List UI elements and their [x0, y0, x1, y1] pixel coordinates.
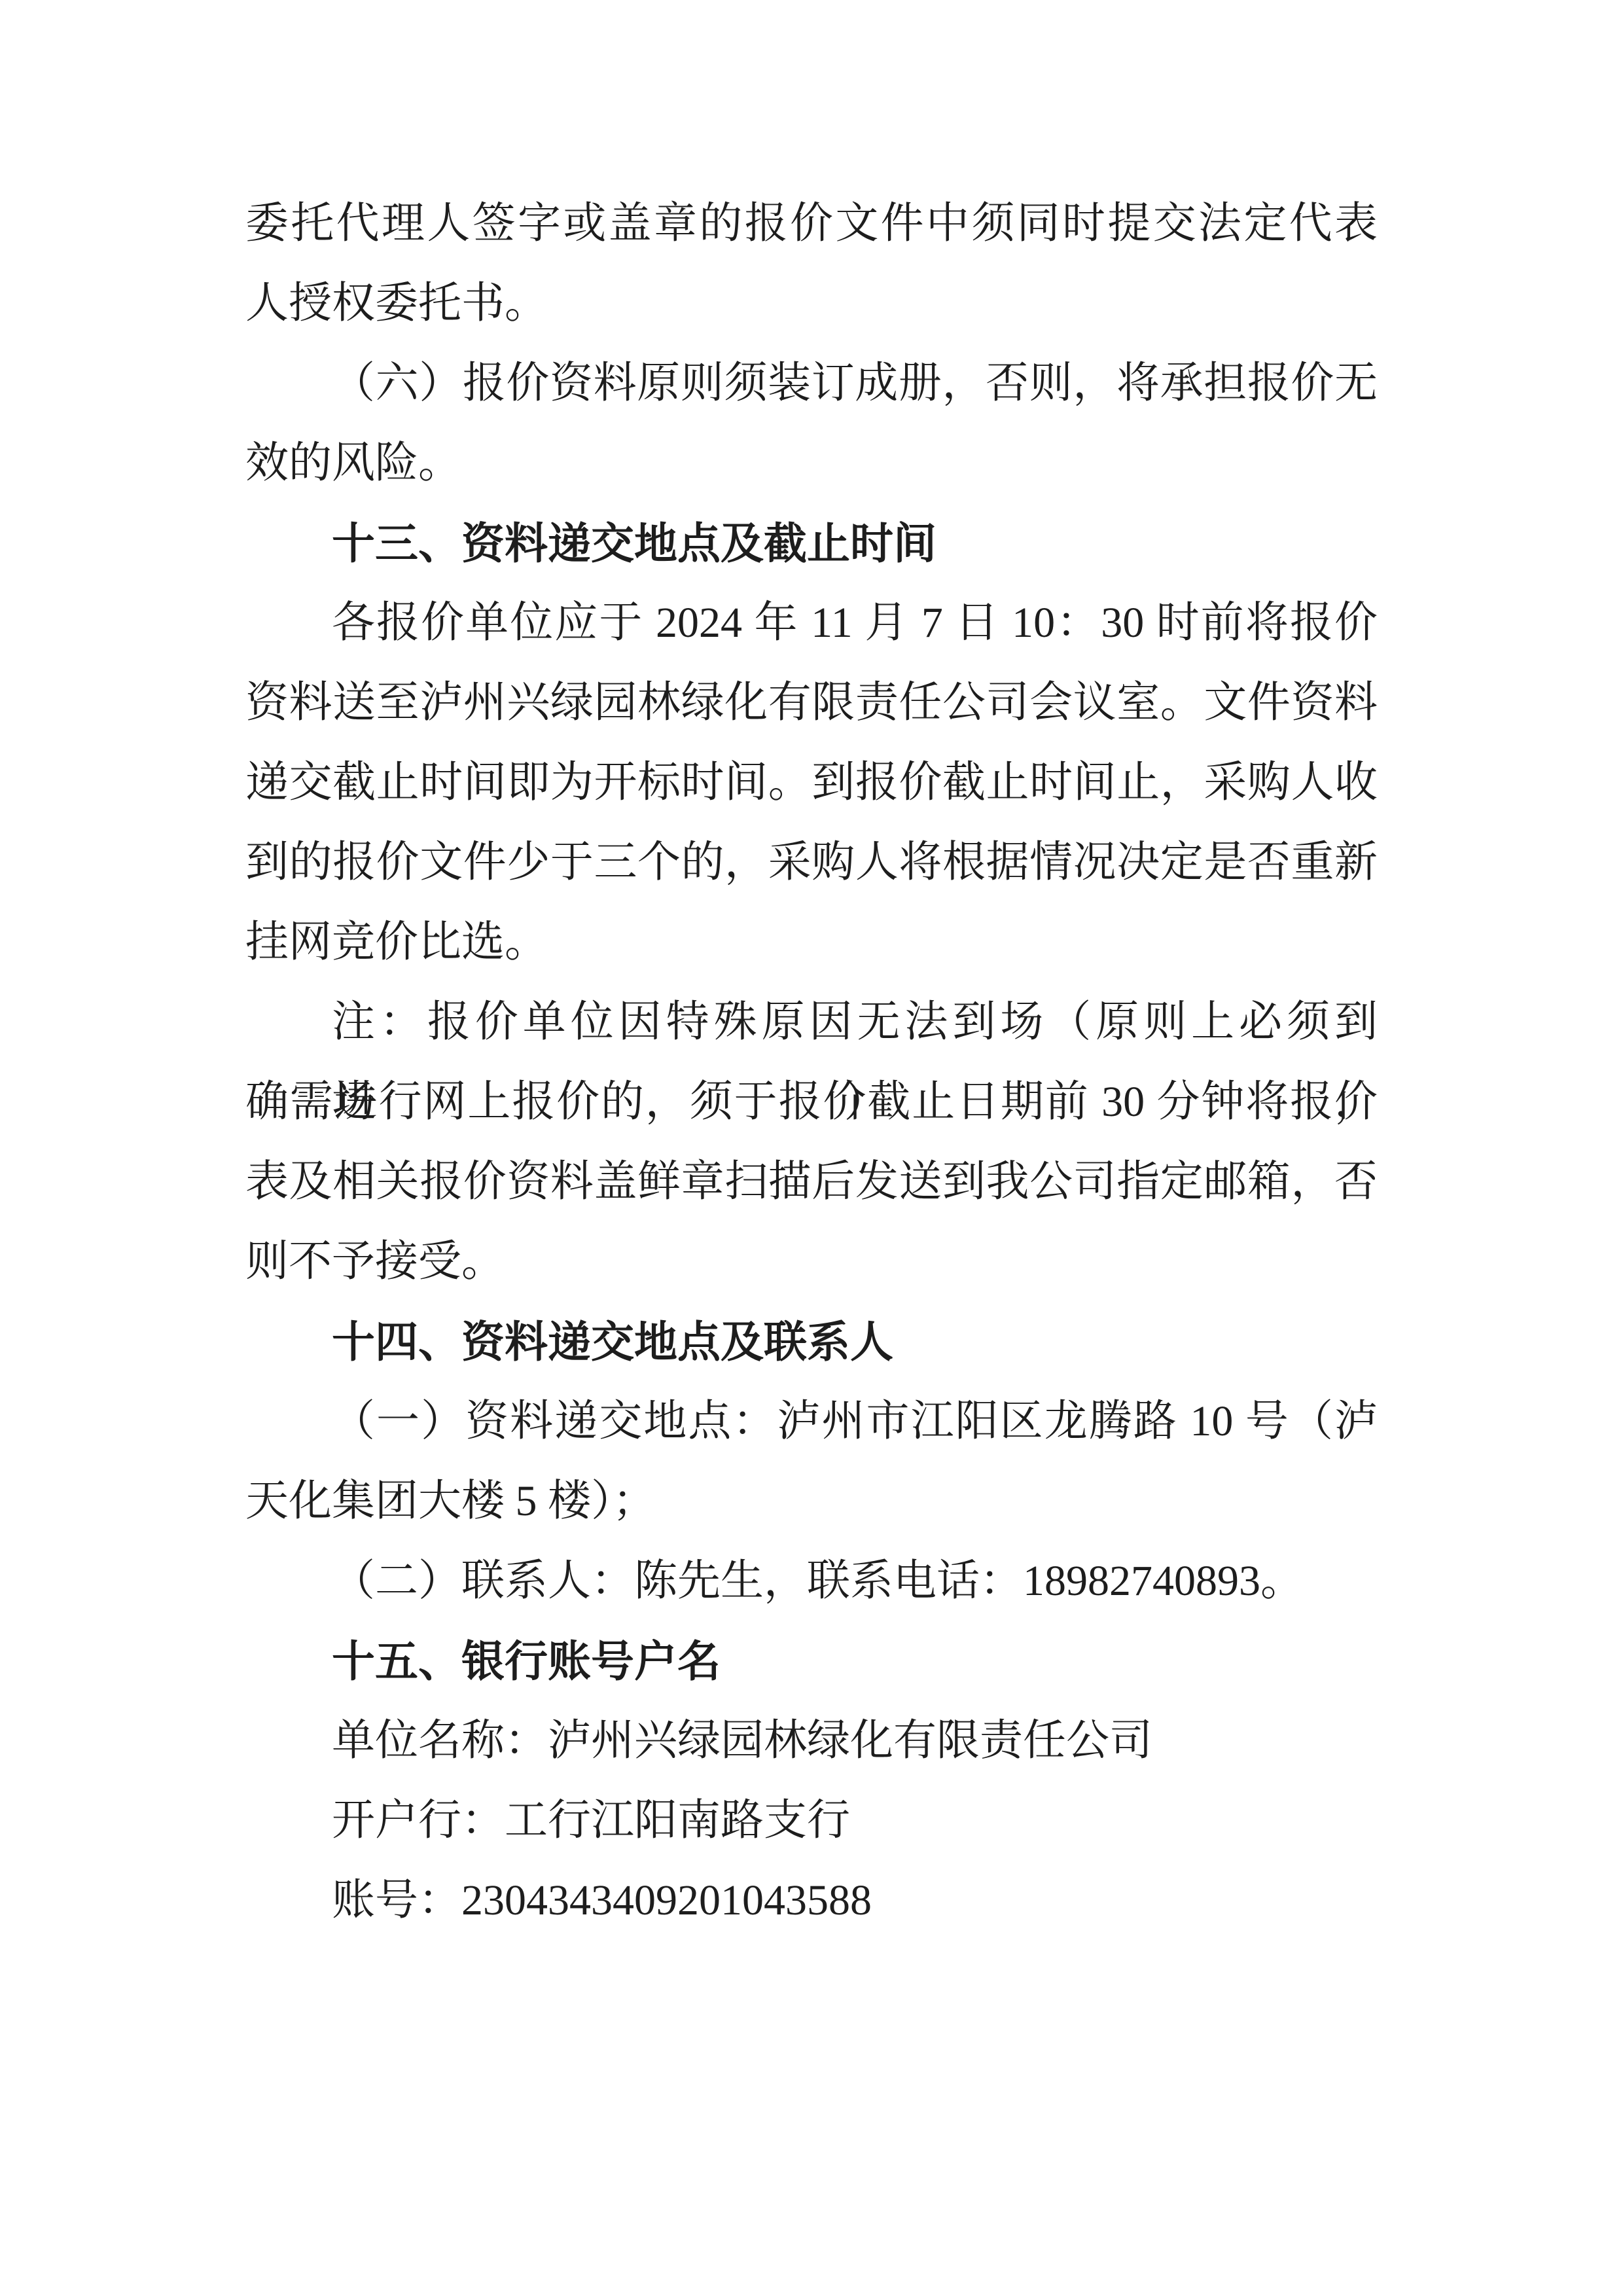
text-line: 表及相关报价资料盖鲜章扫描后发送到我公司指定邮箱，否 — [245, 1142, 1378, 1222]
document-page: 委托代理人签字或盖章的报价文件中须同时提交法定代表人授权委托书。（六）报价资料原… — [0, 0, 1623, 2296]
text-line: 开户行：工行江阳南路支行 — [245, 1781, 1378, 1861]
text-line: 递交截止时间即为开标时间。到报价截止时间止，采购人收 — [245, 743, 1378, 823]
text-line: （一）资料递交地点：泸州市江阳区龙腾路 10 号（泸 — [245, 1382, 1378, 1462]
text-line: 效的风险。 — [245, 423, 1378, 503]
text-line: （二）联系人：陈先生，联系电话：18982740893。 — [245, 1541, 1378, 1621]
text-line: 注：报价单位因特殊原因无法到场（原则上必须到场）， — [245, 982, 1378, 1062]
text-line: （六）报价资料原则须装订成册，否则，将承担报价无 — [245, 344, 1378, 423]
document-body: 委托代理人签字或盖章的报价文件中须同时提交法定代表人授权委托书。（六）报价资料原… — [245, 184, 1378, 1941]
section-heading: 十四、资料递交地点及联系人 — [245, 1302, 1378, 1382]
text-line: 到的报价文件少于三个的，采购人将根据情况决定是否重新 — [245, 823, 1378, 903]
text-line: 挂网竞价比选。 — [245, 903, 1378, 982]
text-line: 单位名称：泸州兴绿园林绿化有限责任公司 — [245, 1701, 1378, 1781]
text-line: 各报价单位应于 2024 年 11 月 7 日 10：30 时前将报价 — [245, 583, 1378, 663]
section-heading: 十三、资料递交地点及截止时间 — [245, 503, 1378, 583]
text-line: 则不予接受。 — [245, 1222, 1378, 1302]
text-line: 人授权委托书。 — [245, 264, 1378, 344]
text-line: 账号：2304343409201043588 — [245, 1861, 1378, 1941]
text-line: 委托代理人签字或盖章的报价文件中须同时提交法定代表 — [245, 184, 1378, 264]
text-line: 资料送至泸州兴绿园林绿化有限责任公司会议室。文件资料 — [245, 663, 1378, 743]
text-line: 天化集团大楼 5 楼）； — [245, 1462, 1378, 1541]
text-line: 确需进行网上报价的，须于报价截止日期前 30 分钟将报价 — [245, 1062, 1378, 1142]
section-heading: 十五、银行账号户名 — [245, 1621, 1378, 1701]
